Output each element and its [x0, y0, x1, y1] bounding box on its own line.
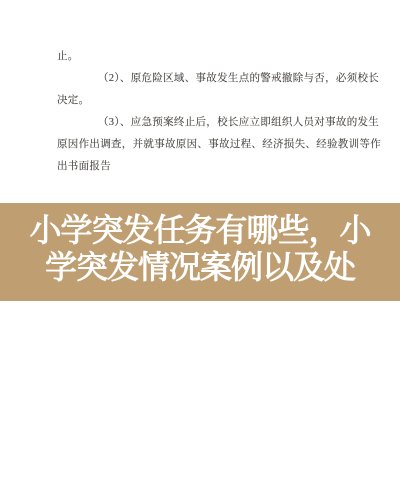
article-page: 止。 （2）、原危险区域、事故发生点的警戒撤除与否，必须校长 决定。 （3）、应… — [0, 0, 400, 500]
document-line: 止。 — [57, 46, 377, 68]
document-excerpt: 止。 （2）、原危险区域、事故发生点的警戒撤除与否，必须校长 决定。 （3）、应… — [57, 46, 377, 178]
document-line: 原因作出调查，并就事故原因、事故过程、经济损失、经验教训等作 — [57, 134, 377, 156]
page-title-line: 小学突发任务有哪些，小 — [0, 212, 400, 249]
document-line: （2）、原危险区域、事故发生点的警戒撤除与否，必须校长 — [98, 68, 377, 90]
title-banner: 小学突发任务有哪些，小 学突发情况案例以及处 — [0, 203, 400, 301]
document-line: 决定。 — [57, 90, 377, 112]
blank-area — [0, 301, 400, 500]
page-title-line: 学突发情况案例以及处 — [0, 249, 400, 286]
document-line: （3）、应急预案终止后，校长应立即组织人员对事故的发生 — [98, 112, 377, 134]
document-line: 出书面报告 — [57, 156, 377, 178]
